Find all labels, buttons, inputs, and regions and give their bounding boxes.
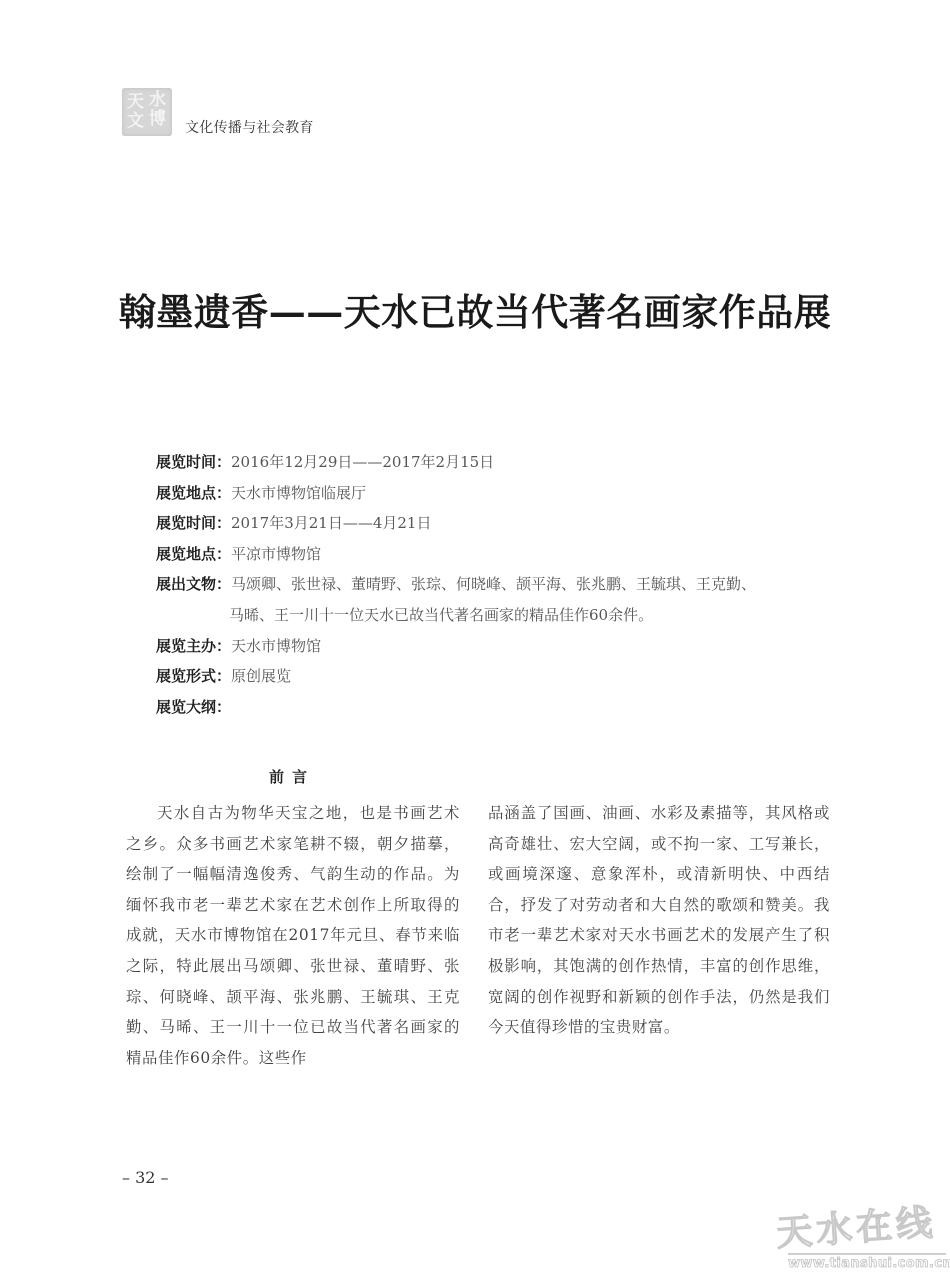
info-value: 天水市博物馆临展厅 bbox=[231, 484, 366, 502]
page-number: – 32 – bbox=[122, 1168, 169, 1187]
info-label: 展览大纲： bbox=[156, 698, 231, 716]
watermark-text: 天水在线 bbox=[774, 1194, 937, 1256]
info-value: 2016年12月29日——2017年2月15日 bbox=[231, 453, 494, 471]
info-row-time-1: 展览时间：2016年12月29日——2017年2月15日 bbox=[156, 450, 856, 481]
info-value: 天水市博物馆 bbox=[231, 637, 321, 655]
logo-char: 水 bbox=[149, 92, 166, 109]
info-label: 展览主办： bbox=[156, 637, 231, 655]
logo-char: 天 bbox=[127, 94, 144, 111]
info-row-exhibits-continued: 马晞、王一川十一位天水已故当代著名画家的精品佳作60余件。 bbox=[156, 603, 856, 634]
info-value: 平凉市博物馆 bbox=[231, 545, 321, 563]
info-label: 展览地点： bbox=[156, 484, 231, 502]
watermark-divider bbox=[788, 1253, 946, 1255]
info-row-venue-1: 展览地点：天水市博物馆临展厅 bbox=[156, 481, 856, 512]
article-title: 翰墨遗香——天水已故当代著名画家作品展 bbox=[0, 282, 950, 336]
info-row-format: 展览形式：原创展览 bbox=[156, 664, 856, 695]
site-watermark: 天水在线 www.tianshui.com.cn bbox=[770, 1198, 948, 1276]
preface-heading: 前言 bbox=[126, 766, 458, 787]
info-label: 展览地点： bbox=[156, 545, 231, 563]
logo-char: 博 bbox=[149, 111, 166, 128]
info-row-exhibits: 展出文物：马颂卿、张世禄、董晴野、张琮、何晓峰、颉平海、张兆鹏、王毓琪、王克勤、 bbox=[156, 572, 856, 603]
info-value: 2017年3月21日——4月21日 bbox=[231, 514, 431, 532]
info-label: 展览时间： bbox=[156, 514, 231, 532]
info-row-time-2: 展览时间：2017年3月21日——4月21日 bbox=[156, 511, 856, 542]
info-row-organizer: 展览主办：天水市博物馆 bbox=[156, 634, 856, 665]
preface-right-column: 品涵盖了国画、油画、水彩及素描等，其风格或高奇雄壮、宏大空阔，或不拘一家、工写兼… bbox=[488, 798, 830, 1043]
info-row-venue-2: 展览地点：平凉市博物馆 bbox=[156, 542, 856, 573]
watermark-url: www.tianshui.com.cn bbox=[788, 1256, 950, 1271]
exhibition-info: 展览时间：2016年12月29日——2017年2月15日 展览地点：天水市博物馆… bbox=[156, 450, 856, 725]
info-label: 展出文物： bbox=[156, 575, 231, 593]
section-label: 文化传播与社会教育 bbox=[185, 117, 314, 137]
info-value: 马晞、王一川十一位天水已故当代著名画家的精品佳作60余件。 bbox=[229, 606, 653, 624]
info-value: 马颂卿、张世禄、董晴野、张琮、何晓峰、颉平海、张兆鹏、王毓琪、王克勤、 bbox=[231, 575, 756, 593]
info-label: 展览形式： bbox=[156, 667, 231, 685]
journal-logo: 天 水 文 博 bbox=[122, 88, 172, 136]
info-value: 原创展览 bbox=[231, 667, 291, 685]
info-row-outline: 展览大纲： bbox=[156, 695, 856, 726]
info-label: 展览时间： bbox=[156, 453, 231, 471]
logo-char: 文 bbox=[127, 113, 144, 130]
preface-left-column: 天水自古为物华天宝之地，也是书画艺术之乡。众多书画艺术家笔耕不辍，朝夕描摹，绘制… bbox=[126, 798, 460, 1073]
